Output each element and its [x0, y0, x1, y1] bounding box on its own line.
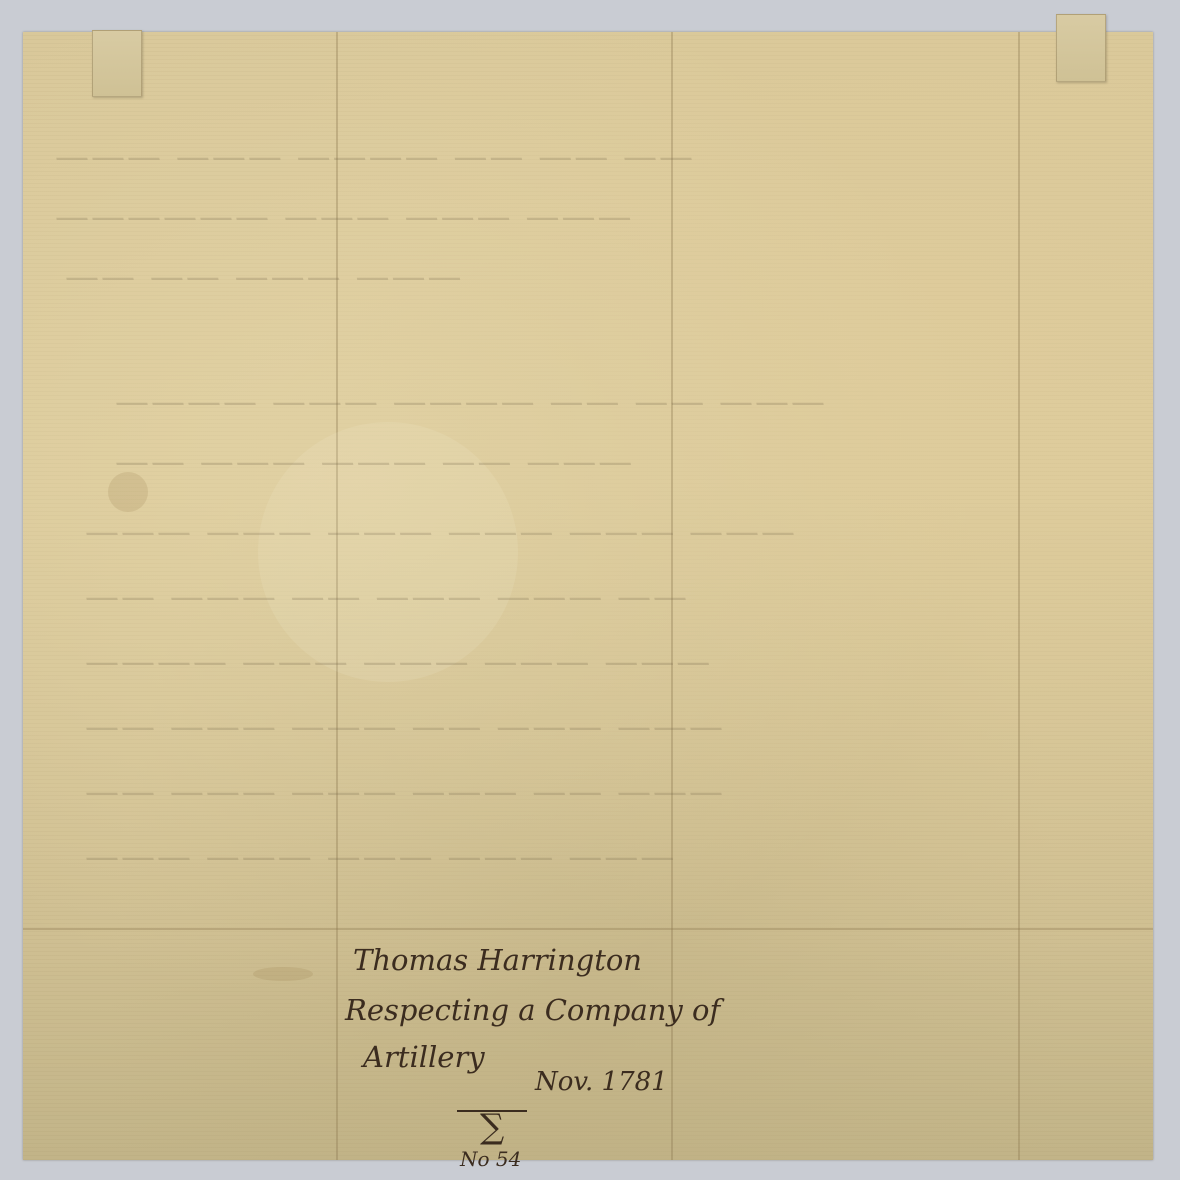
fold-line-horizontal — [23, 928, 1153, 930]
bleed-through-line: ——— ——— —— ——— ——— —— — [83, 707, 723, 747]
bleed-through-line: —— —— —— ———— ——— ——— — [53, 137, 693, 177]
docket-number: No 54 — [460, 1147, 521, 1171]
bleed-through-line: ——— ——— ——— —————— — [53, 197, 631, 237]
stain — [253, 967, 313, 981]
bleed-through-line: ——— ——— —— —— — [63, 257, 461, 297]
bleed-through-line: ——— ——— ——— ——— ——— — [83, 837, 674, 877]
docket-brace: ∑ — [480, 1107, 504, 1147]
bleed-through-line: ——— —— —— ———— ——— ———— — [113, 382, 825, 422]
docket-name: Thomas Harrington — [353, 943, 642, 977]
fold-line-vertical-right — [1018, 32, 1020, 1160]
docket-subject-continued: Artillery — [363, 1040, 485, 1074]
mounting-hinge-right — [1056, 14, 1106, 82]
bleed-through-line: ——— —— ——— ——— ——— —— — [83, 772, 723, 812]
handwritten-docket: Thomas Harrington Respecting a Company o… — [345, 935, 665, 1155]
bleed-through-line: —— ——— ——— —— ——— —— — [83, 577, 687, 617]
docket-subject: Respecting a Company of — [345, 993, 720, 1027]
bleed-through-line: ——— ——— ——— ——— ——— ——— — [83, 512, 795, 552]
bleed-through-line: ——— —— ——— ——— —— — [113, 442, 632, 482]
mounting-hinge-left — [92, 30, 142, 97]
docket-date: Nov. 1781 — [535, 1067, 668, 1097]
bleed-through-line: ——— ——— ——— ——— ———— — [83, 642, 710, 682]
